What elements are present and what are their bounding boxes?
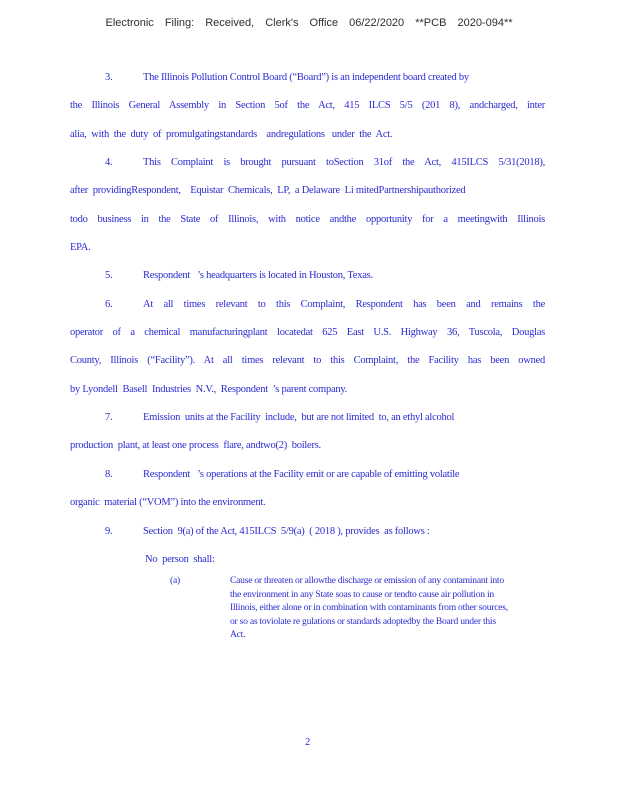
para-8-text: Respondent ’s operations at the Facility… bbox=[143, 469, 459, 480]
para-5-line-1: 5.Respondent ’s headquarters is located … bbox=[70, 262, 545, 290]
para-3-line-2: the Illinois General Assembly in Section… bbox=[70, 92, 545, 120]
document-page: Electronic Filing: Received, Clerk's Off… bbox=[0, 0, 618, 800]
para-6-line-1: 6.At all times relevant to this Complain… bbox=[70, 291, 545, 319]
subsection-a-line-4: or so as toviolate re gulations or stand… bbox=[230, 615, 540, 629]
para-5-number: 5. bbox=[105, 262, 143, 290]
para-3-text: The Illinois Pollution Control Board (“B… bbox=[143, 72, 469, 83]
page-number: 2 bbox=[70, 736, 545, 750]
para-9-line-1: 9.Section 9(a) of the Act, 415ILCS 5/9(a… bbox=[70, 518, 545, 546]
para-4-text: This Complaint is brought pursuant toSec… bbox=[143, 157, 545, 168]
filing-header: Electronic Filing: Received, Clerk's Off… bbox=[0, 0, 618, 30]
para-7-text: Emission units at the Facility include, … bbox=[143, 412, 454, 423]
para-7-line-2: production plant, at least one process f… bbox=[70, 432, 545, 460]
subsection-a-line-3: Illinois, either alone or in combination… bbox=[230, 601, 540, 615]
para-6-number: 6. bbox=[105, 291, 143, 319]
para-6-line-4: by Lyondell Basell Industries N.V., Resp… bbox=[70, 376, 545, 404]
para-6-line-2: operator of a chemical manufacturingplan… bbox=[70, 319, 545, 347]
para-3-line-3: alia, with the duty of promulgatingstand… bbox=[70, 121, 545, 149]
para-4-number: 4. bbox=[105, 149, 143, 177]
subsection-a-line-1: Cause or threaten or allowthe discharge … bbox=[230, 574, 540, 588]
subsection-a-line-5: Act. bbox=[230, 628, 540, 642]
para-9-number: 9. bbox=[105, 518, 143, 546]
para-7-line-1: 7.Emission units at the Facility include… bbox=[70, 404, 545, 432]
subsection-a-text: Cause or threaten or allowthe discharge … bbox=[230, 574, 540, 642]
para-8-number: 8. bbox=[105, 461, 143, 489]
para-9-line-2: No person shall: bbox=[70, 546, 545, 574]
subsection-a-line-2: the environment in any State soas to cau… bbox=[230, 588, 540, 602]
subsection-a-label: (a) bbox=[170, 574, 230, 588]
para-6-text: At all times relevant to this Complaint,… bbox=[143, 299, 545, 310]
para-8-line-2: organic material (“VOM”) into the enviro… bbox=[70, 489, 545, 517]
para-6-line-3: County, Illinois (“Facility”). At all ti… bbox=[70, 347, 545, 375]
document-body: 3.The Illinois Pollution Control Board (… bbox=[70, 64, 545, 750]
quoted-subsection-a: (a) Cause or threaten or allowthe discha… bbox=[70, 574, 545, 642]
para-4-line-3: todo business in the State of Illinois, … bbox=[70, 206, 545, 234]
para-4-line-2: after providingRespondent, Equistar Chem… bbox=[70, 177, 545, 205]
para-9-text: Section 9(a) of the Act, 415ILCS 5/9(a) … bbox=[143, 526, 430, 537]
para-4-line-4: EPA. bbox=[70, 234, 545, 262]
para-8-line-1: 8.Respondent ’s operations at the Facili… bbox=[70, 461, 545, 489]
para-7-number: 7. bbox=[105, 404, 143, 432]
para-5-text: Respondent ’s headquarters is located in… bbox=[143, 270, 373, 281]
para-4-line-1: 4.This Complaint is brought pursuant toS… bbox=[70, 149, 545, 177]
para-3-line-1: 3.The Illinois Pollution Control Board (… bbox=[70, 64, 545, 92]
para-3-number: 3. bbox=[105, 64, 143, 92]
